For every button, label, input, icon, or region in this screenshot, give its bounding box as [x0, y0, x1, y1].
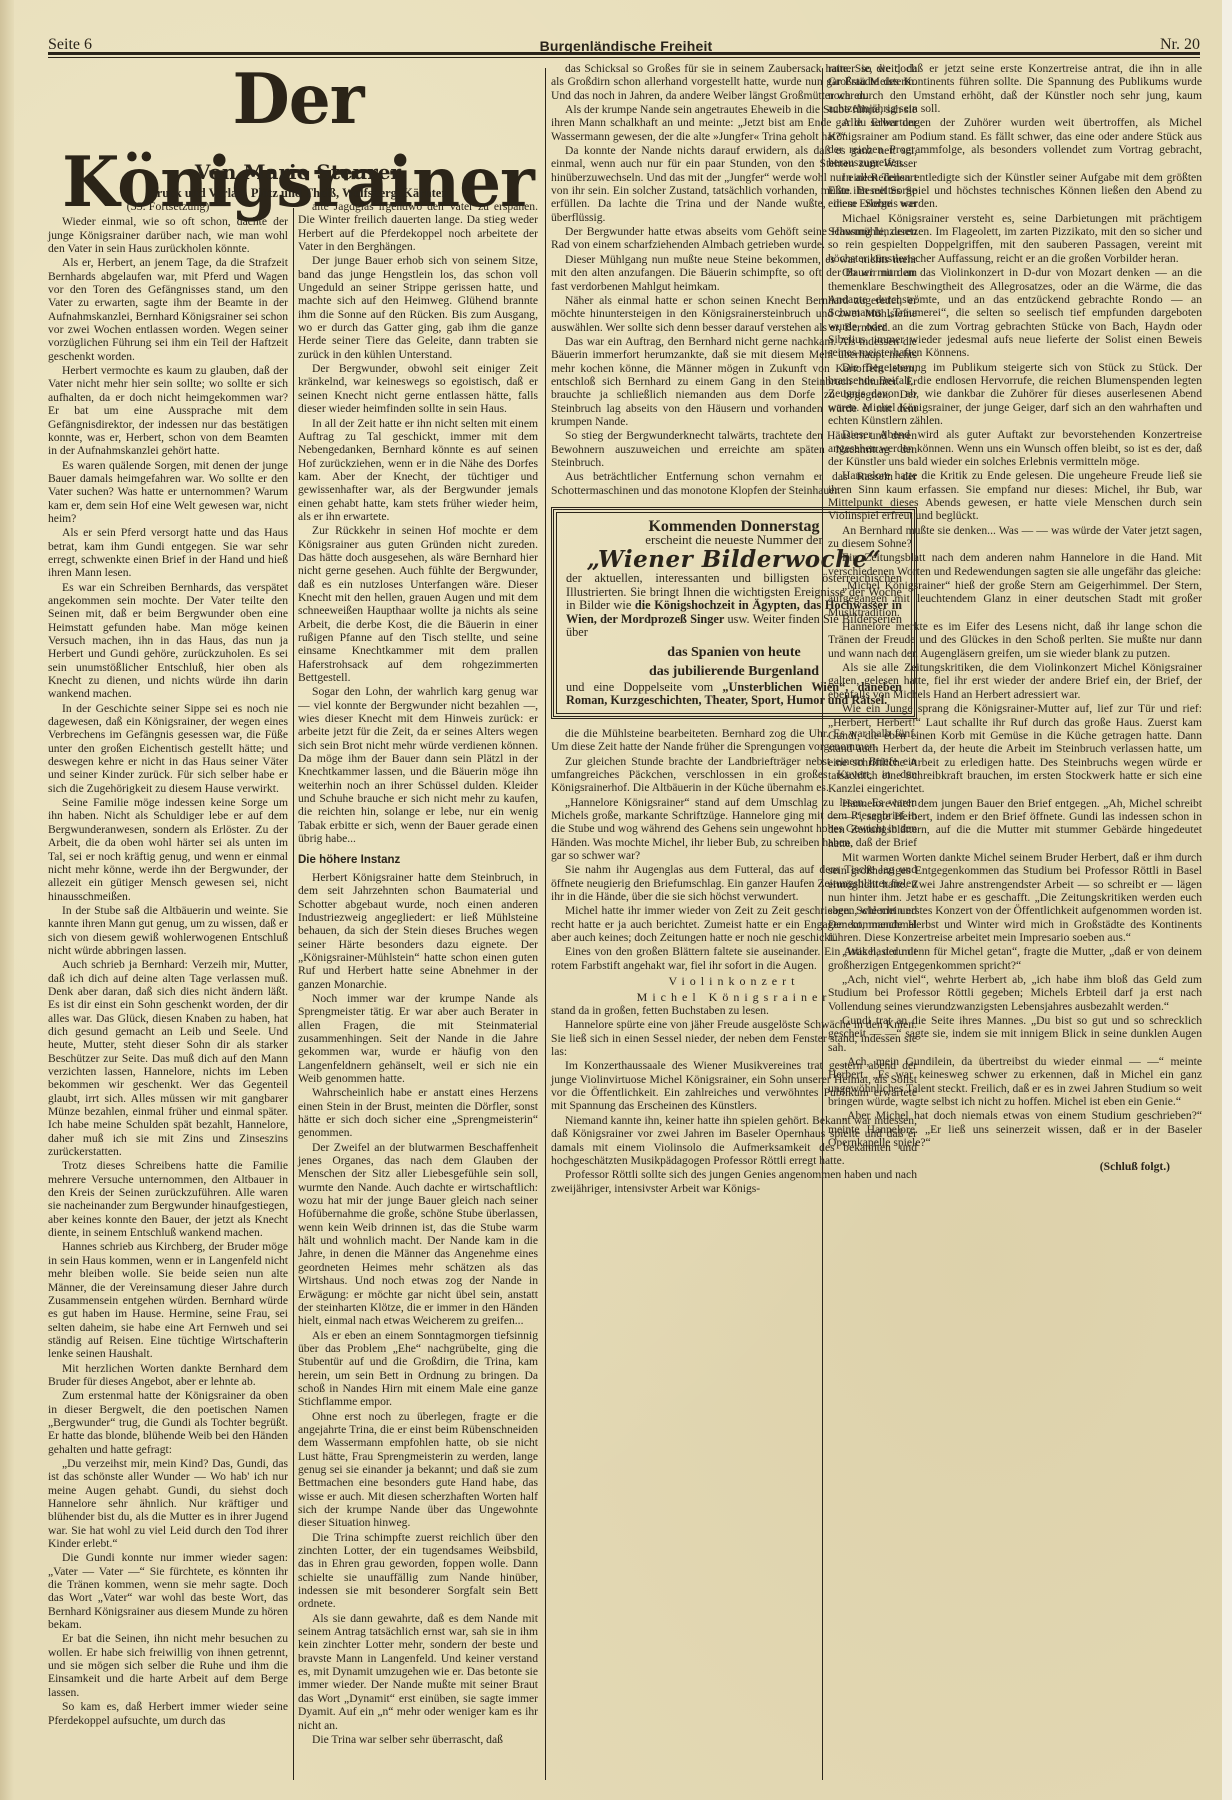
article-paragraph: alte Jagdglas irgendwo den Vater zu ersp… [298, 200, 538, 253]
ad-closing-plain: und eine Doppelseite vom [566, 680, 722, 694]
article-paragraph: In der Stube saß die Altbäuerin und wein… [48, 904, 288, 957]
article-paragraph: Als sie dann gewahrte, daß es dem Nande … [298, 1612, 538, 1732]
installment-label: (35. Fortsetzung) [48, 200, 288, 213]
article-paragraph: „Aber Michel hat doch niemals etwas von … [828, 1109, 1202, 1149]
article-byline: Von Marie Steurer [48, 160, 548, 184]
column-2-paragraphs-a: alte Jagdglas irgendwo den Vater zu ersp… [298, 200, 538, 846]
column-2-paragraphs-b: Herbert Königsrainer hatte dem Steinbruc… [298, 871, 538, 1746]
article-paragraph: Die Begeisterung im Publikum steigerte s… [828, 361, 1202, 428]
section-subheading: Die höhere Instanz [298, 854, 538, 867]
article-paragraph: Als sie alle Zeitungskritiken, die dem V… [828, 661, 1202, 701]
article-paragraph: „Ach, mein Gundilein, da übertreibst du … [828, 1055, 1202, 1108]
paper-edge-right [1222, 0, 1232, 1800]
article-paragraph: Herbert vermochte es kaum zu glauben, da… [48, 364, 288, 457]
article-paragraph: In all der Zeit hatte er ihn nicht selte… [298, 417, 538, 524]
article-paragraph: Alle Erwartungen der Zuhörer wurden weit… [828, 116, 1202, 169]
article-paragraph: Sogar den Lohn, der wahrlich karg genug … [298, 685, 538, 845]
article-paragraph: Als er eben an einem Sonntagmorgen tiefs… [298, 1329, 538, 1409]
article-paragraph: Es war ein Schreiben Bernhards, das vers… [48, 581, 288, 701]
column-1-paragraphs: Wieder einmal, wie so oft schon, dachte … [48, 215, 288, 1727]
article-paragraph: „Michel Königsrainer“ hieß der große Ste… [828, 579, 1202, 619]
article-paragraph: Wahrscheinlich habe er anstatt eines Her… [298, 1086, 538, 1139]
article-paragraph: Als er, Herbert, an jenem Tage, da die S… [48, 256, 288, 363]
masthead: Seite 6 Burgenländische Freiheit Nr. 20 [48, 26, 1200, 54]
article-paragraph: Hannelore merkte es im Eifer des Lesens … [828, 620, 1202, 660]
text-column-1: (35. Fortsetzung) Wieder einmal, wie so … [48, 200, 288, 1780]
text-column-2: alte Jagdglas irgendwo den Vater zu ersp… [298, 200, 538, 1780]
publisher-line: Druck und Verlag: Plötz und Theiß, Wolfs… [48, 186, 548, 201]
article-paragraph: „Du verzeihst mir, mein Kind? Das, Gundi… [48, 1457, 288, 1550]
article-paragraph: Mit herzlichen Worten dankte Bernhard de… [48, 1362, 288, 1389]
article-paragraph: An Bernhard mußte sie denken... Was — — … [828, 524, 1202, 551]
article-paragraph: In allen Teilen entledigte sich der Küns… [828, 171, 1202, 211]
article-paragraph: So kam es, daß Herbert immer wieder sein… [48, 1700, 288, 1727]
article-paragraph: Herbert Königsrainer hatte dem Steinbruc… [298, 871, 538, 991]
article-paragraph: Der Zweifel an der blutwarmen Beschaffen… [298, 1141, 538, 1328]
article-paragraph: Wie ein Junge sprang die Königsrainer-Mu… [828, 702, 1202, 795]
article-paragraph: Hannelore hatte die Kritik zu Ende geles… [828, 469, 1202, 522]
article-paragraph: „Ach, nicht viel“, wehrte Herbert ab, „i… [828, 973, 1202, 1013]
article-paragraph: Trotz dieses Schreibens hatte die Famili… [48, 1159, 288, 1239]
column-rule [293, 208, 294, 1780]
article-paragraph: Ohne erst noch zu überlegen, fragte er d… [298, 1410, 538, 1530]
paper-edge-left [0, 0, 14, 1800]
article-paragraph: Der Bergwunder, obwohl seit einiger Zeit… [298, 362, 538, 415]
article-paragraph: Es waren quälende Sorgen, mit denen der … [48, 459, 288, 526]
article-paragraph: Wieder einmal, wie so oft schon, dachte … [48, 215, 288, 255]
text-column-4: rainer so weit, daß er jetzt seine erste… [828, 62, 1202, 1782]
article-paragraph: „Was hast du denn für Michel getan“, fra… [828, 945, 1202, 972]
article-paragraph: Michael Königsrainer versteht es, seine … [828, 212, 1202, 265]
column-4-paragraphs: rainer so weit, daß er jetzt seine erste… [828, 62, 1202, 1150]
article-paragraph: Mit warmen Worten dankte Michel seinem B… [828, 851, 1202, 944]
article-paragraph: Ob wir nun an das Violinkonzert in D-dur… [828, 266, 1202, 359]
article-paragraph: Seine Familie möge indessen keine Sorge … [48, 796, 288, 903]
article-paragraph: Er bat die Seinen, ihn nicht mehr besuch… [48, 1632, 288, 1699]
article-paragraph: Noch immer war der krumpe Nande als Spre… [298, 992, 538, 1085]
article-paragraph: Ein Zeitungsblatt nach dem anderen nahm … [828, 551, 1202, 578]
article-paragraph: Der junge Bauer erhob sich von seinem Si… [298, 254, 538, 361]
article-paragraph: rainer so weit, daß er jetzt seine erste… [828, 62, 1202, 115]
to-be-concluded-note: (Schluß folgt.) [828, 1160, 1202, 1173]
article-paragraph: Die Trina war selber sehr überrascht, da… [298, 1733, 538, 1746]
article-paragraph: Hannelore hielt dem jungen Bauer den Bri… [828, 797, 1202, 850]
article-paragraph: Als er sein Pferd versorgt hatte und das… [48, 526, 288, 579]
column-rule [545, 68, 546, 1780]
article-paragraph: Dieser Abend wird als guter Auftakt zur … [828, 428, 1202, 468]
article-paragraph: Auch schrieb ja Bernhard: Verzeih mir, M… [48, 958, 288, 1158]
article-paragraph: Gundi trat an die Seite ihres Mannes. „D… [828, 1014, 1202, 1054]
article-paragraph: In der Geschichte seiner Sippe sei es no… [48, 702, 288, 795]
article-paragraph: Hannes schrieb aus Kirchberg, der Bruder… [48, 1240, 288, 1360]
article-paragraph: Zum erstenmal hatte der Königsrainer da … [48, 1389, 288, 1456]
article-paragraph: Die Gundi konnte nur immer wieder sagen:… [48, 1551, 288, 1631]
article-paragraph: Zur Rückkehr in seinen Hof mochte er dem… [298, 524, 538, 684]
article-paragraph: Die Trina schimpfte zuerst reichlich übe… [298, 1531, 538, 1611]
